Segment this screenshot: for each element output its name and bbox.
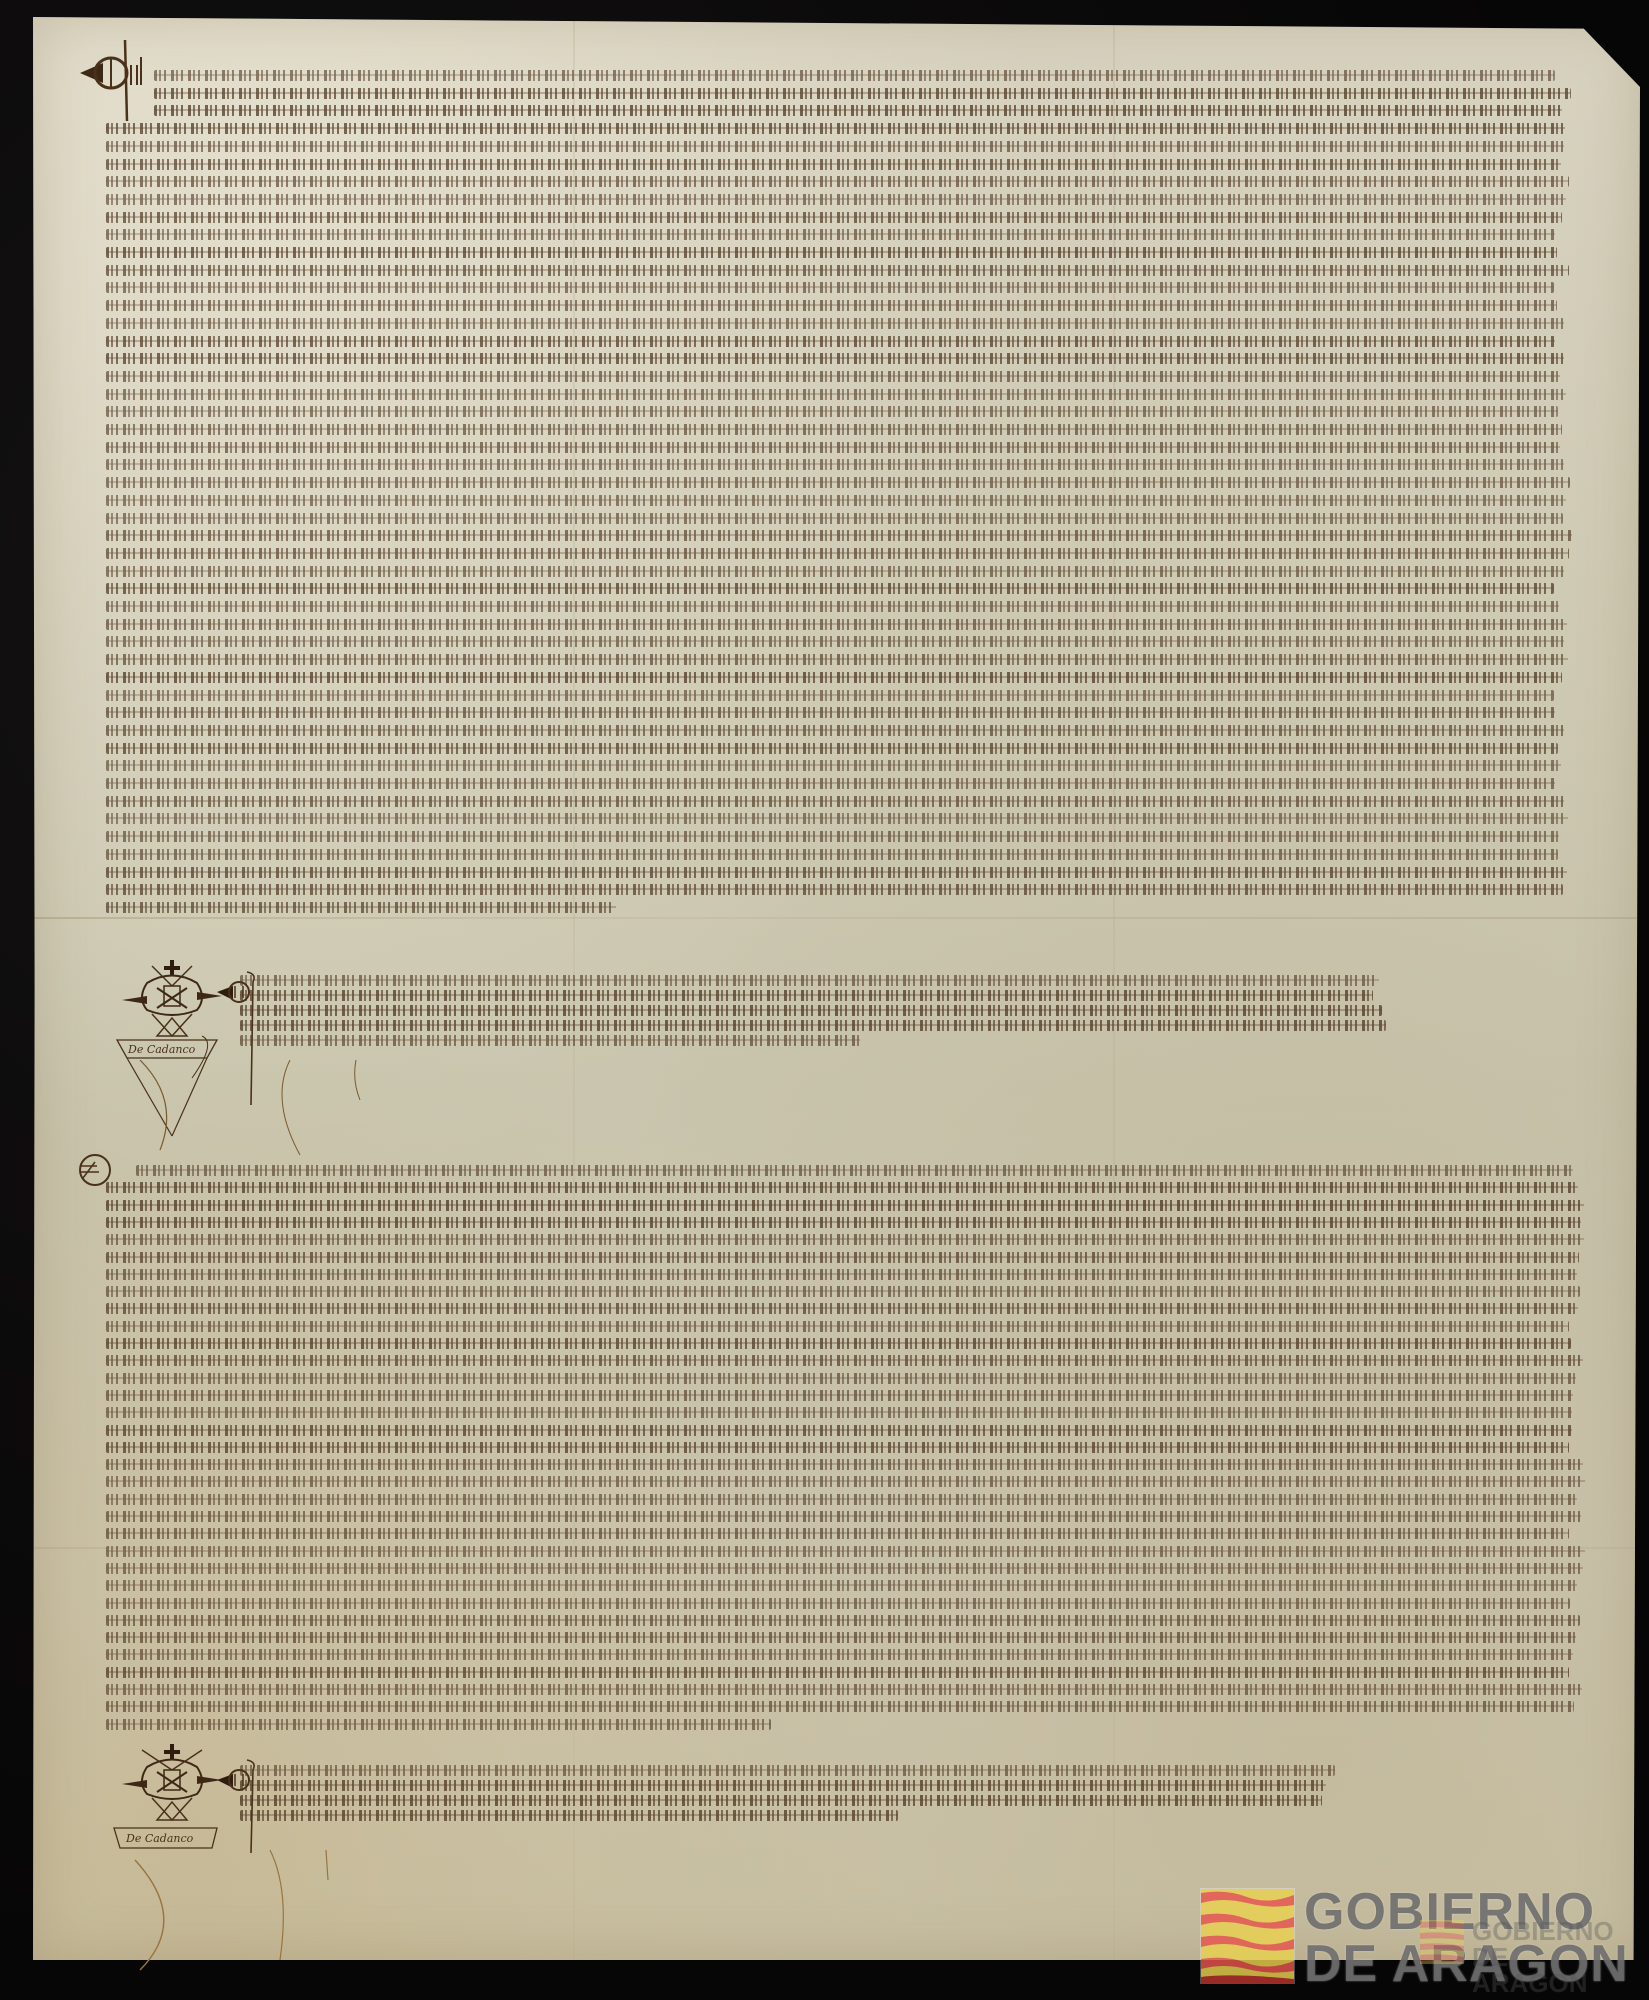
manuscript-text-line [240,1005,1382,1016]
manuscript-text-line [106,530,1572,541]
manuscript-text-line [106,690,1554,701]
manuscript-text-line [106,1321,1569,1332]
manuscript-text-line [106,1252,1579,1263]
manuscript-text-line [106,141,1564,152]
manuscript-text-line [106,477,1570,488]
manuscript-text-line [106,1667,1569,1678]
manuscript-text-line [106,513,1563,524]
manuscript-text-line [106,813,1568,824]
manuscript-text-line [240,1810,898,1821]
manuscript-text-line [106,1234,1584,1245]
manuscript-text-line [154,105,1562,116]
manuscript-text-line [106,566,1564,577]
manuscript-text-line [106,636,1564,647]
manuscript-text-line [106,1719,771,1730]
manuscript-text-line [240,990,1373,1001]
manuscript-text-line [106,1649,1573,1660]
manuscript-text-line [106,212,1562,223]
notarial-sign-label: De Cadanco [128,1043,195,1056]
manuscript-text-line [106,849,1558,860]
manuscript-text-line [106,1632,1576,1643]
manuscript-text-line [106,1303,1578,1314]
manuscript-text-line [106,1373,1576,1384]
manuscript-text-line [154,88,1571,99]
manuscript-text-line [106,796,1564,807]
manuscript-text-line [106,123,1565,134]
manuscript-text-line [106,583,1554,594]
manuscript-text-line [106,1442,1569,1453]
manuscript-text-line [240,1020,1386,1031]
manuscript-text-line [106,1390,1573,1401]
watermark-ghost-line-2: DE ARAGON [1472,1944,1588,1996]
manuscript-text-line [106,353,1564,364]
manuscript-text-line [106,1598,1570,1609]
manuscript-text-line [106,1546,1585,1557]
manuscript-text-line [106,1476,1585,1487]
manuscript-text-line [240,975,1379,986]
manuscript-text-line [106,406,1558,417]
manuscript-text-line [106,654,1568,665]
manuscript-text-line [106,300,1557,311]
manuscript-text-line [240,1035,860,1046]
manuscript-text-line [106,1182,1578,1193]
manuscript-text-line [106,389,1566,400]
aragon-flag-icon [1200,1888,1295,1984]
manuscript-text-line [106,1425,1572,1436]
manuscript-text-line [106,1269,1577,1280]
manuscript-text-line [106,495,1566,506]
manuscript-text-line [240,1765,1335,1776]
manuscript-text-line [106,1615,1580,1626]
manuscript-text-line [106,442,1560,453]
manuscript-text-line [106,265,1569,276]
manuscript-text-line [106,1459,1583,1470]
notarial-sign-label: De Cadanco [126,1832,193,1845]
manuscript-text-line [136,1165,1573,1176]
manuscript-text-line [106,548,1569,559]
manuscript-text-line [106,760,1561,771]
manuscript-text-line [106,1511,1581,1522]
manuscript-text-line [106,902,616,913]
manuscript-text-line [106,371,1560,382]
manuscript-text-line [106,831,1559,842]
horizontal-fold-line [33,917,1640,919]
manuscript-text-line [106,1217,1581,1228]
aragon-flag-ghost-icon [1420,1920,1464,1964]
manuscript-text-line [106,1355,1583,1366]
manuscript-text-line [106,707,1555,718]
manuscript-text-line [240,1795,1322,1806]
manuscript-text-line [106,336,1555,347]
manuscript-text-line [106,1338,1571,1349]
manuscript-text-line [106,725,1564,736]
decorated-initial-q-icon [75,35,145,125]
manuscript-text-line [106,1701,1574,1712]
manuscript-text-line [106,159,1561,170]
gobierno-de-aragon-watermark: GOBIERNO DE ARAGON GOBIERNO DE ARAGON [1200,1888,1640,1998]
manuscript-text-line [106,1528,1569,1539]
manuscript-text-line [106,176,1569,187]
manuscript-text-line [106,1563,1583,1574]
manuscript-text-line [106,247,1557,258]
manuscript-text-line [106,318,1564,329]
manuscript-text-line [106,1684,1582,1695]
manuscript-text-line [106,1286,1580,1297]
manuscript-text-line [106,1580,1577,1591]
manuscript-text-line [106,1407,1572,1418]
manuscript-text-line [240,1780,1326,1791]
manuscript-text-line [106,424,1562,435]
watermark-ghost-line-1: GOBIERNO [1472,1918,1614,1944]
manuscript-text-line [106,194,1566,205]
manuscript-text-line [106,619,1567,630]
manuscript-text-line [106,884,1563,895]
manuscript-text-line [106,867,1567,878]
manuscript-text-line [106,1494,1577,1505]
manuscript-text-line [106,282,1554,293]
manuscript-text-line [106,1200,1584,1211]
manuscript-text-line [106,672,1562,683]
manuscript-text-line [154,70,1555,81]
manuscript-text-line [106,229,1555,240]
manuscript-text-line [106,459,1564,470]
manuscript-text-line [106,601,1559,612]
manuscript-text-line [106,743,1558,754]
manuscript-text-line [106,778,1555,789]
